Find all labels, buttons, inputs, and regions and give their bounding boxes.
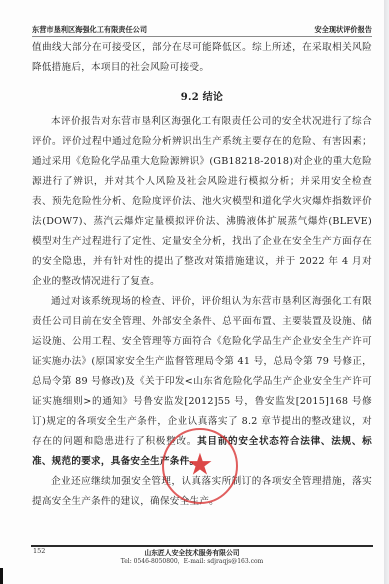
header-report-type: 安全现状评价报告: [314, 24, 372, 36]
conclusion-paragraph-1: 本评价报告对东营市垦利区海强化工有限责任公司的安全状况进行了综合评价。评价过程中…: [32, 112, 372, 292]
header-company: 东营市垦利区海强化工有限责任公司: [32, 24, 147, 36]
company-seal: ★: [162, 428, 238, 504]
conclusion-paragraph-2-text: 通过对该系统现场的检查、评价，评价组认为东营市垦利区海强化工有限责任公司目前在安…: [32, 296, 372, 447]
star-icon: ★: [187, 450, 214, 480]
page-header: 东营市垦利区海强化工有限责任公司 安全现状评价报告: [32, 24, 372, 37]
document-page: 东营市垦利区海强化工有限责任公司 安全现状评价报告 值曲线大部分在可接受区，部分…: [0, 0, 384, 584]
continuation-paragraph: 值曲线大部分在可接受区，部分在尽可能降低区。综上所述，在采取相关风险降低措施后，…: [32, 38, 372, 78]
footer-contact: Tel: 0546-8050800，E-mail: sdjraqjs@163.c…: [0, 556, 384, 565]
scan-corner-shadow: [0, 568, 3, 584]
section-heading: 9.2 结论: [32, 88, 372, 108]
page-edge: [384, 0, 389, 584]
